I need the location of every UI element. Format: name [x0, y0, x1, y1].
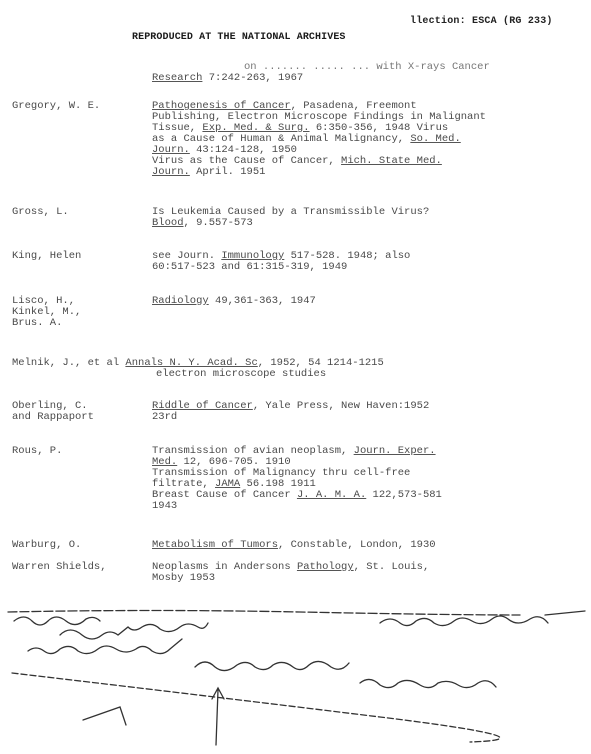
citation-line: 1943 [152, 501, 572, 512]
citation-line: 60:517-523 and 61:315-319, 1949 [152, 262, 572, 273]
continuation-line-2: Research 7:242-263, 1967 [152, 73, 303, 84]
archival-document-page: llection: ESCA (RG 233) REPRODUCED AT TH… [0, 0, 591, 754]
citation-title: Blood [152, 217, 184, 229]
collection-label: llection: ESCA (RG 233) [410, 16, 553, 27]
top-rule-line [8, 611, 520, 616]
entry-author: Rous, P. [12, 446, 147, 457]
citation-line: Mosby 1953 [152, 573, 572, 584]
citation-title: Radiology [152, 295, 209, 307]
entry-author: King, Helen [12, 251, 147, 262]
citation-title: J. A. M. A. [297, 489, 366, 501]
citation-text: Mosby 1953 [152, 572, 215, 584]
entry-citation: Riddle of Cancer, Yale Press, New Haven:… [152, 401, 572, 423]
citation-title: So. Med. [410, 133, 460, 145]
entry-author: Gross, L. [12, 207, 147, 218]
entry-citation: Transmission of avian neoplasm, Journ. E… [152, 446, 572, 512]
entry-citation: Neoplasms in Andersons Pathology, St. Lo… [152, 562, 572, 584]
citation-line: Blood, 9.557-573 [152, 218, 572, 229]
national-archives-stamp: REPRODUCED AT THE NATIONAL ARCHIVES [132, 32, 346, 43]
entry-author: Warren Shields, [12, 562, 147, 573]
continuation-citation: 7:242-263, 1967 [202, 72, 303, 84]
citation-line: Breast Cause of Cancer J. A. M. A. 122,5… [152, 490, 572, 501]
citation-title: Journ. [152, 166, 190, 178]
entry-citation: Pathogenesis of Cancer, Pasadena, Freemo… [152, 101, 572, 178]
entry-author: Lisco, H., Kinkel, M., Brus. A. [12, 296, 147, 329]
entry-author: Oberling, C. and Rappaport [12, 401, 147, 423]
citation-title: Journ. Exper. [354, 445, 436, 457]
citation-text: April. 1951 [190, 166, 266, 178]
melnik-note: electron microscope studies [156, 369, 326, 380]
handwritten-annotations [0, 595, 591, 754]
entry-citation: Metabolism of Tumors, Constable, London,… [152, 540, 572, 551]
continuation-journal: Research [152, 72, 202, 84]
citation-line: Metabolism of Tumors, Constable, London,… [152, 540, 572, 551]
citation-text: 60:517-523 and 61:315-319, 1949 [152, 261, 347, 273]
citation-title: Metabolism of Tumors [152, 539, 278, 551]
citation-text: , Constable, London, 1930 [278, 539, 436, 551]
entry-author: Gregory, W. E. [12, 101, 147, 112]
continuation-text: ... with X-rays Cancer [351, 61, 490, 73]
citation-text: , St. Louis, [354, 561, 430, 573]
citation-text: 1943 [152, 500, 177, 512]
citation-text: 49,361-363, 1947 [209, 295, 316, 307]
citation-line: Journ. April. 1951 [152, 167, 572, 178]
citation-text: , 9.557-573 [184, 217, 253, 229]
lower-rule-line [12, 673, 500, 742]
citation-text: 122,573-581 [366, 489, 442, 501]
entry-citation: Is Leukemia Caused by a Transmissible Vi… [152, 207, 572, 229]
entry-citation: see Journ. Immunology 517-528. 1948; als… [152, 251, 572, 273]
citation-line: Riddle of Cancer, Yale Press, New Haven:… [152, 401, 572, 412]
citation-text: 23rd [152, 411, 177, 423]
caret-mark [83, 707, 126, 725]
citation-title: Pathology [297, 561, 354, 573]
citation-text: , Yale Press, New Haven:1952 [253, 400, 429, 412]
melnik-author: Melnik, J., et al [12, 357, 125, 369]
citation-line: 23rd [152, 412, 572, 423]
up-arrow-icon [212, 688, 224, 745]
entry-citation: Radiology 49,361-363, 1947 [152, 296, 572, 307]
citation-line: Radiology 49,361-363, 1947 [152, 296, 572, 307]
entry-author: Warburg, O. [12, 540, 147, 551]
citation-title: Mich. State Med. [341, 155, 442, 167]
